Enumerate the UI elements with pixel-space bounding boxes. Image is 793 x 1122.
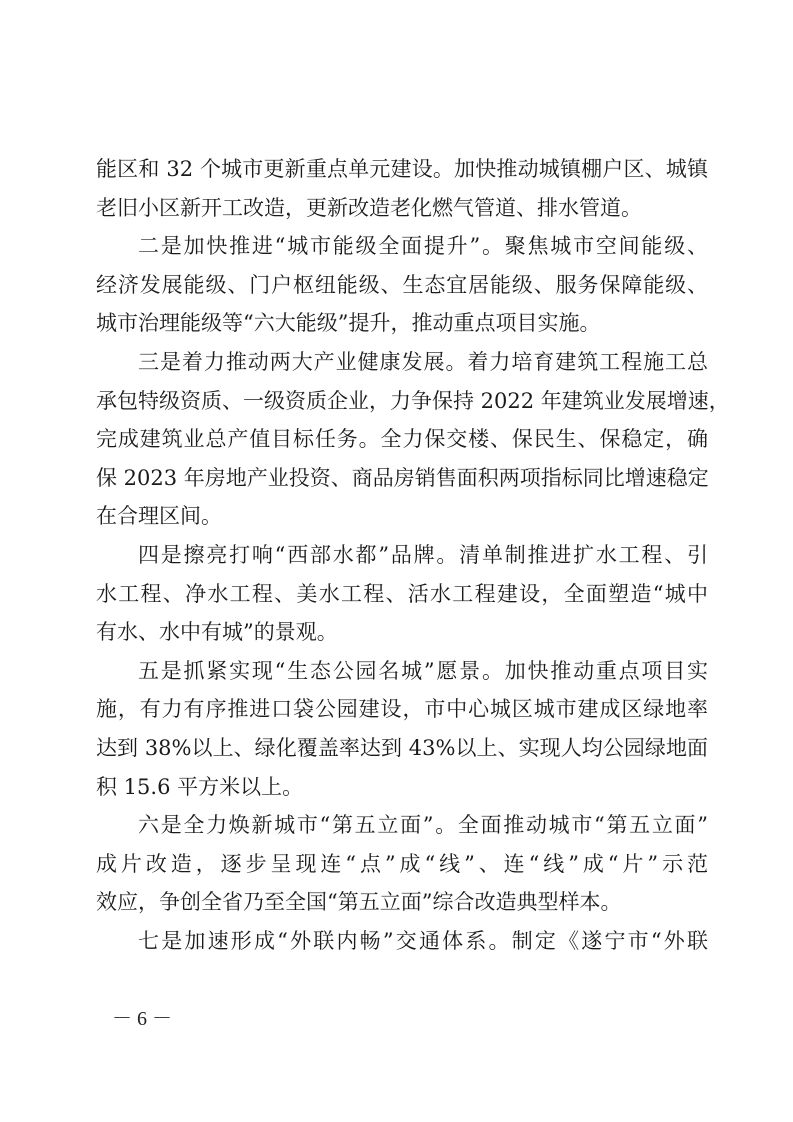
text-line: 城市治理能级等“六大能级”提升，推动重点项目实施。 <box>96 304 708 343</box>
paragraph: 四是擦亮打响“西部水都”品牌。清单制推进扩水工程、引 水工程、净水工程、美水工程… <box>96 536 708 652</box>
text-line: 成片改造，逐步呈现连“点”成“线”、连“线”成“片”示范 <box>96 845 708 884</box>
text-line: 二是加快推进“城市能级全面提升”。聚焦城市空间能级、 <box>96 227 708 266</box>
paragraph: 六是全力焕新城市“第五立面”。全面推动城市“第五立面” 成片改造，逐步呈现连“点… <box>96 806 708 922</box>
text-line: 在合理区间。 <box>96 497 708 536</box>
paragraph: 三是着力推动两大产业健康发展。着力培育建筑工程施工总 承包特级资质、一级资质企业… <box>96 343 708 536</box>
text-line: 五是抓紧实现“生态公园名城”愿景。加快推动重点项目实 <box>96 652 708 691</box>
paragraph: 二是加快推进“城市能级全面提升”。聚焦城市空间能级、 经济发展能级、门户枢纽能级… <box>96 227 708 343</box>
text-line: 保 2023 年房地产业投资、商品房销售面积两项指标同比增速稳定 <box>96 459 708 498</box>
text-line: 三是着力推动两大产业健康发展。着力培育建筑工程施工总 <box>96 343 708 382</box>
text-line: 积 15.6 平方米以上。 <box>96 768 708 807</box>
text-line: 效应，争创全省乃至全国“第五立面”综合改造典型样本。 <box>96 883 708 922</box>
text-line: 七是加速形成“外联内畅”交通体系。制定《遂宁市“外联 <box>96 922 708 961</box>
text-line: 施，有力有序推进口袋公园建设，市中心城区城市建成区绿地率 <box>96 690 708 729</box>
text-line: 承包特级资质、一级资质企业，力争保持 2022 年建筑业发展增速， <box>96 382 708 421</box>
text-line: 六是全力焕新城市“第五立面”。全面推动城市“第五立面” <box>96 806 708 845</box>
paragraph: 七是加速形成“外联内畅”交通体系。制定《遂宁市“外联 <box>96 922 708 961</box>
text-line: 达到 38%以上、绿化覆盖率达到 43%以上、实现人均公园绿地面 <box>96 729 708 768</box>
text-line: 有水、水中有城”的景观。 <box>96 613 708 652</box>
page-number: － 6 － <box>112 1002 172 1031</box>
text-line: 四是擦亮打响“西部水都”品牌。清单制推进扩水工程、引 <box>96 536 708 575</box>
text-line: 完成建筑业总产值目标任务。全力保交楼、保民生、保稳定，确 <box>96 420 708 459</box>
text-line: 老旧小区新开工改造，更新改造老化燃气管道、排水管道。 <box>96 189 708 228</box>
text-line: 经济发展能级、门户枢纽能级、生态宜居能级、服务保障能级、 <box>96 266 708 305</box>
document-body: 能区和 32 个城市更新重点单元建设。加快推动城镇棚户区、城镇 老旧小区新开工改… <box>96 150 708 960</box>
text-line: 水工程、净水工程、美水工程、活水工程建设，全面塑造“城中 <box>96 575 708 614</box>
paragraph: 能区和 32 个城市更新重点单元建设。加快推动城镇棚户区、城镇 老旧小区新开工改… <box>96 150 708 227</box>
paragraph: 五是抓紧实现“生态公园名城”愿景。加快推动重点项目实 施，有力有序推进口袋公园建… <box>96 652 708 806</box>
text-line: 能区和 32 个城市更新重点单元建设。加快推动城镇棚户区、城镇 <box>96 150 708 189</box>
